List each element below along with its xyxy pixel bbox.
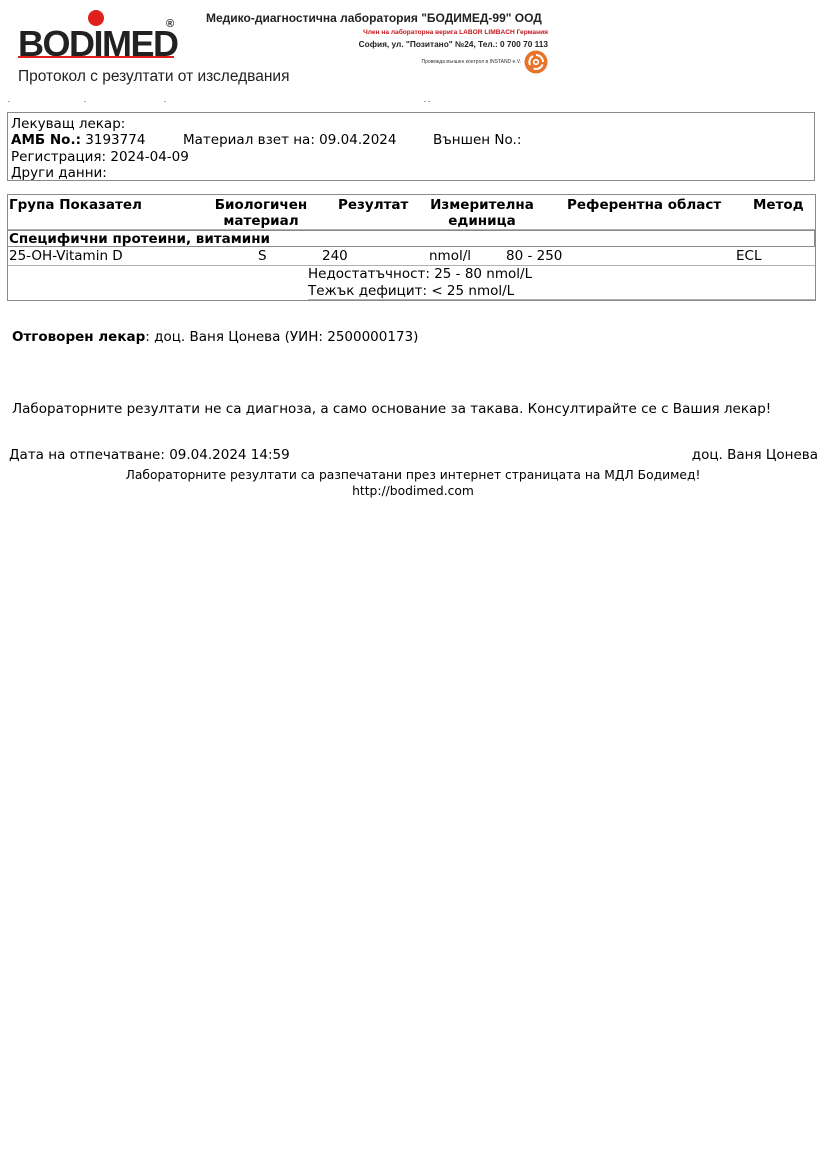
treating-doctor-label: Лекуващ лекар: bbox=[11, 116, 125, 132]
amb-label: АМБ No.: bbox=[11, 132, 81, 148]
signature: доц. Ваня Цонева bbox=[692, 447, 818, 463]
column-header-unit-line1: Измерителна bbox=[424, 197, 540, 213]
external-control-text: Провежда външен контрол в INSTAND e.V. bbox=[421, 59, 521, 65]
cell-method: ECL bbox=[736, 248, 761, 264]
registration-label: Регистрация: bbox=[11, 149, 106, 165]
material-taken-label: Материал взет на: bbox=[183, 132, 315, 148]
lab-name: Медико-диагностична лаборатория "БОДИМЕД… bbox=[206, 11, 542, 25]
group-name: Специфични протеини, витамини bbox=[9, 231, 270, 247]
column-header-bio-material: Биологичен материал bbox=[206, 197, 316, 229]
instand-logo-icon bbox=[524, 50, 548, 74]
amb-value: 3193774 bbox=[85, 132, 145, 148]
registration-row: Регистрация: 2024-04-09 bbox=[11, 149, 814, 165]
cell-indicator: 25-OH-Vitamin D bbox=[9, 248, 123, 264]
column-header-unit: Измерителна единица bbox=[424, 197, 540, 229]
logo-underline bbox=[18, 56, 174, 58]
cell-material: S bbox=[258, 248, 267, 264]
note-divider bbox=[308, 299, 815, 300]
material-taken-value: 09.04.2024 bbox=[319, 132, 396, 148]
results-table: Група Показател Биологичен материал Резу… bbox=[7, 194, 816, 301]
responsible-doctor: Отговорен лекар: доц. Ваня Цонева (УИН: … bbox=[12, 329, 418, 345]
group-row: Специфични протеини, витамини bbox=[8, 230, 815, 247]
external-no-label: Външен No.: bbox=[433, 132, 521, 148]
bodimed-logo: BODIMED ® bbox=[18, 10, 183, 62]
column-header-result: Резултат bbox=[338, 197, 408, 213]
responsible-doctor-value: : доц. Ваня Цонева (УИН: 2500000173) bbox=[145, 329, 418, 345]
patient-info-box: Лекуващ лекар: АМБ No.: 3193774 Материал… bbox=[7, 112, 815, 181]
printed-note: Лабораторните резултати са разпечатани п… bbox=[0, 468, 826, 482]
lab-address: София, ул. "Позитано" №24, Тел.: 0 700 7… bbox=[359, 39, 548, 49]
column-header-group-indicator: Група Показател bbox=[9, 197, 142, 213]
scan-artifacts bbox=[8, 101, 428, 104]
registered-mark: ® bbox=[166, 18, 174, 30]
print-date: Дата на отпечатване: 09.04.2024 14:59 bbox=[9, 447, 290, 463]
disclaimer: Лабораторните резултати не са диагноза, … bbox=[12, 401, 771, 417]
lab-chain: Член на лабораторна верига LABOR LIMBACH… bbox=[363, 29, 548, 36]
website-link[interactable]: http://bodimed.com bbox=[0, 484, 826, 498]
reference-note: Недостатъчност: 25 - 80 nmol/L bbox=[308, 266, 532, 284]
external-no: Външен No.: bbox=[433, 132, 521, 148]
column-header-reference: Референтна област bbox=[567, 197, 721, 213]
reference-note: Тежък дефицит: < 25 nmol/L bbox=[308, 283, 514, 301]
material-taken: Материал взет на: 09.04.2024 bbox=[183, 132, 396, 148]
cell-unit: nmol/l bbox=[429, 248, 471, 264]
column-header-bio-material-line2: материал bbox=[206, 213, 316, 229]
registration-value: 2024-04-09 bbox=[110, 149, 188, 165]
cell-reference: 80 - 250 bbox=[506, 248, 562, 264]
column-header-bio-material-line1: Биологичен bbox=[206, 197, 316, 213]
other-data-label: Други данни: bbox=[11, 165, 107, 181]
treating-doctor-row: Лекуващ лекар: bbox=[11, 116, 814, 132]
responsible-doctor-label: Отговорен лекар bbox=[12, 329, 145, 345]
other-data-row: Други данни: bbox=[11, 165, 814, 181]
cell-result: 240 bbox=[322, 248, 348, 264]
column-header-unit-line2: единица bbox=[424, 213, 540, 229]
column-header-method: Метод bbox=[753, 197, 804, 213]
document-title: Протокол с резултати от изследвания bbox=[18, 68, 289, 86]
amb-row: АМБ No.: 3193774 Материал взет на: 09.04… bbox=[11, 132, 814, 148]
